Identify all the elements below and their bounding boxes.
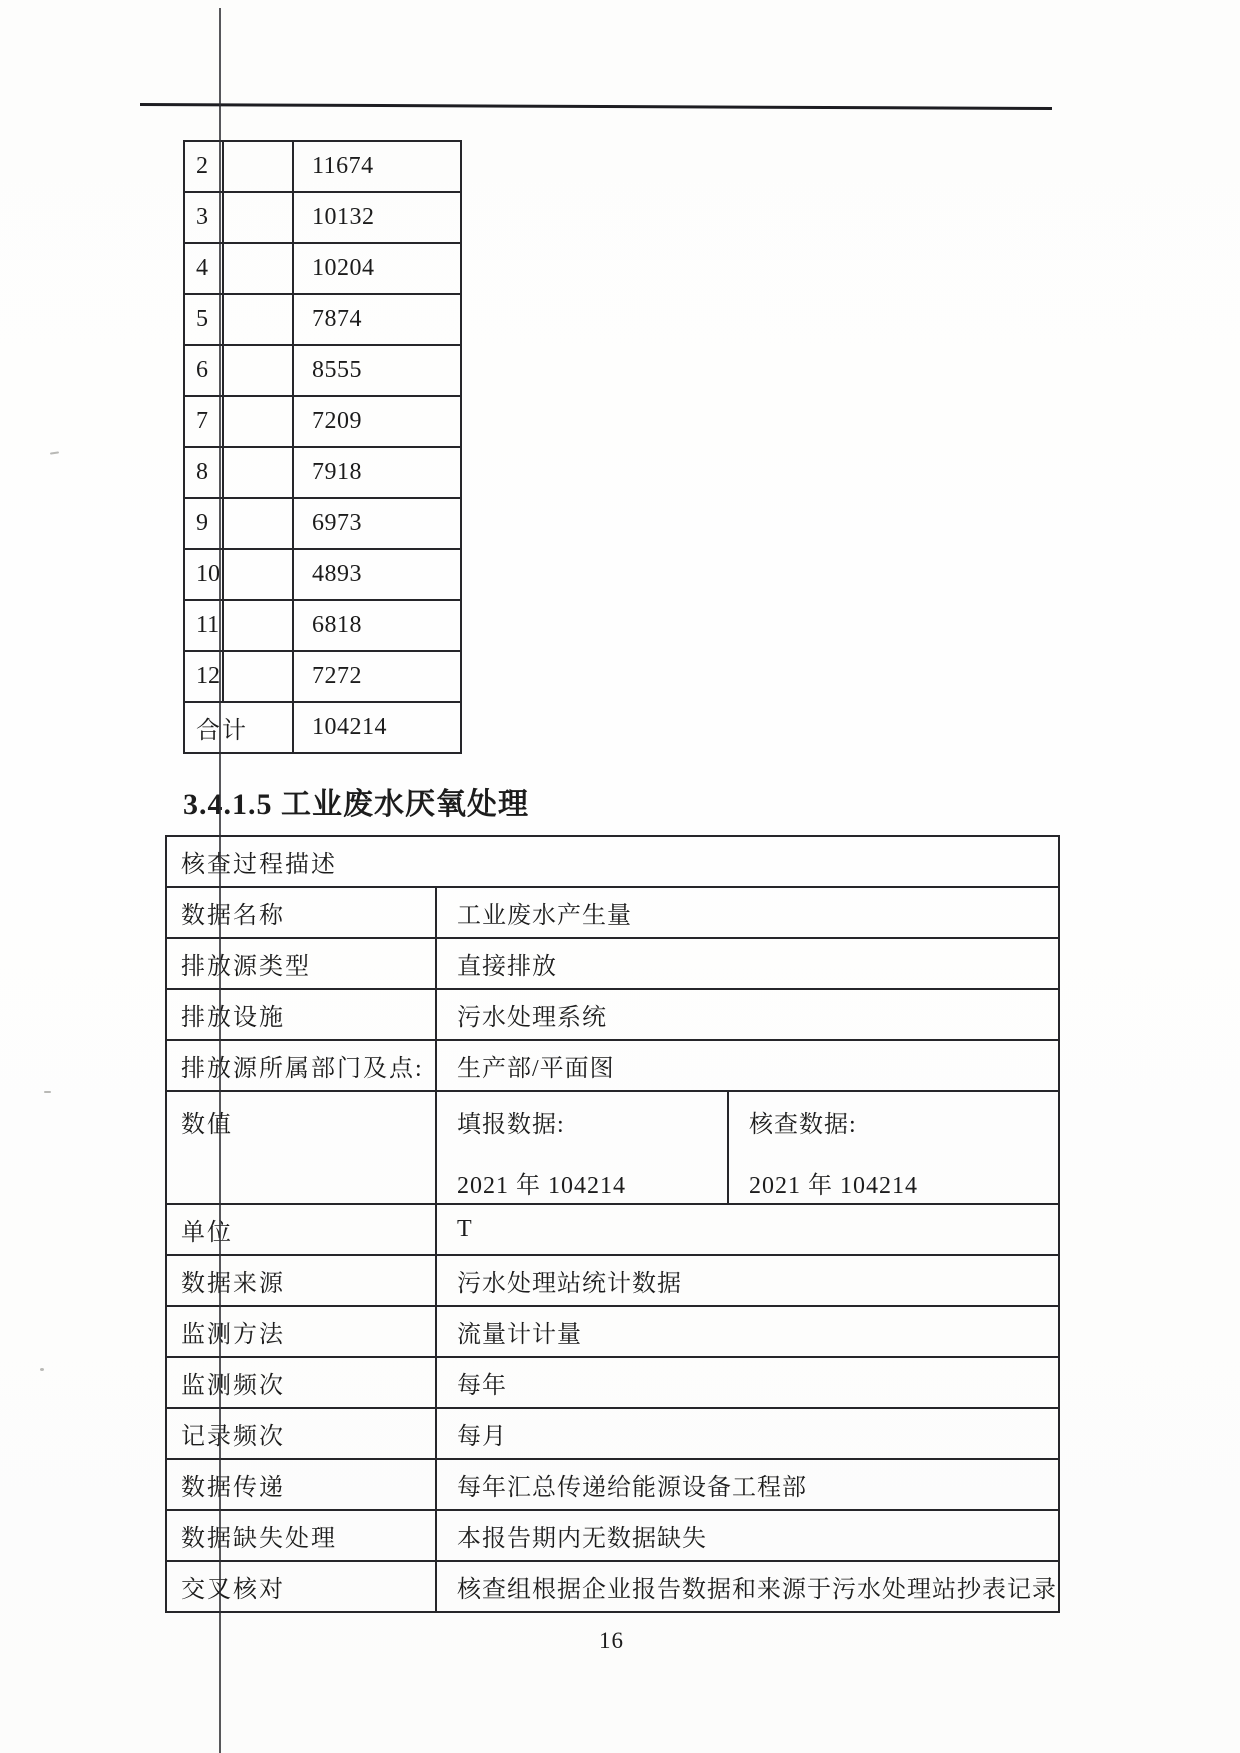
month-cell: 11 [184,600,223,651]
month-cell: 7 [184,396,223,447]
value-cell: 7272 [293,651,461,702]
table-row: 3 10132 [184,192,461,243]
table-row: 数据来源 污水处理站统计数据 [166,1255,1059,1306]
row-value: 本报告期内无数据缺失 [436,1510,1059,1561]
verified-data-value: 2021 年 104214 [749,1165,1057,1200]
verified-data-title: 核查数据: [749,1104,1057,1139]
table-row: 排放源类型 直接排放 [166,938,1059,989]
row-value: 污水处理系统 [436,989,1059,1040]
value-cell: 8555 [293,345,461,396]
table-row: 2 11674 [184,141,461,192]
row-label: 数据传递 [166,1459,436,1510]
row-label: 排放源类型 [166,938,436,989]
table-row: 单位 T [166,1204,1059,1255]
row-label: 数据缺失处理 [166,1510,436,1561]
empty-cell [223,396,293,447]
table-row: 7 7209 [184,396,461,447]
row-label: 数据名称 [166,887,436,938]
value-cell: 4893 [293,549,461,600]
table-row: 6 8555 [184,345,461,396]
value-cell: 7209 [293,396,461,447]
table-row: 5 7874 [184,294,461,345]
value-cell: 7918 [293,447,461,498]
reported-data-cell: 填报数据: 2021 年 104214 [436,1091,728,1204]
row-label: 交叉核对 [166,1561,436,1612]
value-cell: 10132 [293,192,461,243]
table-row: 交叉核对 核查组根据企业报告数据和来源于污水处理站抄表记录 [166,1561,1059,1612]
empty-cell [223,243,293,294]
verification-table: 核查过程描述 数据名称 工业废水产生量 排放源类型 直接排放 排放设施 污水处理… [165,835,1060,1613]
row-label: 排放源所属部门及点: [166,1040,436,1091]
monthly-values-table: 2 11674 3 10132 4 10204 5 7874 6 8555 7 … [183,140,462,754]
row-label: 单位 [166,1204,436,1255]
table-row: 数据传递 每年汇总传递给能源设备工程部 [166,1459,1059,1510]
table-row: 数据名称 工业废水产生量 [166,887,1059,938]
row-value: 生产部/平面图 [436,1040,1059,1091]
table-row: 4 10204 [184,243,461,294]
reported-data-title: 填报数据: [457,1104,726,1139]
empty-cell [223,294,293,345]
scan-speck [40,1368,44,1371]
row-label: 数据来源 [166,1255,436,1306]
table-row: 8 7918 [184,447,461,498]
month-cell: 2 [184,141,223,192]
month-cell: 3 [184,192,223,243]
row-value: 工业废水产生量 [436,887,1059,938]
empty-cell [223,498,293,549]
month-cell: 8 [184,447,223,498]
empty-cell [223,192,293,243]
row-value: 每月 [436,1408,1059,1459]
page-fold-line [219,8,221,1753]
empty-cell [223,651,293,702]
row-label: 监测方法 [166,1306,436,1357]
table-row: 排放设施 污水处理系统 [166,989,1059,1040]
total-row: 合计 104214 [184,702,461,753]
verified-data-cell: 核查数据: 2021 年 104214 [728,1091,1059,1204]
month-cell: 10 [184,549,223,600]
table-row: 10 4893 [184,549,461,600]
table-row: 12 7272 [184,651,461,702]
row-label: 记录频次 [166,1408,436,1459]
row-value: 流量计计量 [436,1306,1059,1357]
empty-cell [223,600,293,651]
row-value: 污水处理站统计数据 [436,1255,1059,1306]
row-value: T [436,1204,1059,1255]
section-heading: 3.4.1.5 工业废水厌氧处理 [183,779,529,823]
table-row: 数据缺失处理 本报告期内无数据缺失 [166,1510,1059,1561]
table-row: 11 6818 [184,600,461,651]
month-cell: 9 [184,498,223,549]
numeric-value-row: 数值 填报数据: 2021 年 104214 核查数据: 2021 年 1042… [166,1091,1059,1204]
row-value: 直接排放 [436,938,1059,989]
month-cell: 12 [184,651,223,702]
empty-cell [223,141,293,192]
value-cell: 10204 [293,243,461,294]
value-cell: 7874 [293,294,461,345]
table-row: 排放源所属部门及点: 生产部/平面图 [166,1040,1059,1091]
empty-cell [223,345,293,396]
table-row: 9 6973 [184,498,461,549]
table-row: 记录频次 每月 [166,1408,1059,1459]
empty-cell [223,549,293,600]
table-row: 监测频次 每年 [166,1357,1059,1408]
row-label: 数值 [166,1091,436,1204]
row-label: 排放设施 [166,989,436,1040]
value-cell: 6818 [293,600,461,651]
reported-data-value: 2021 年 104214 [457,1165,726,1200]
total-value-cell: 104214 [293,702,461,753]
month-cell: 6 [184,345,223,396]
total-label-cell: 合计 [184,702,293,753]
value-cell: 6973 [293,498,461,549]
month-cell: 5 [184,294,223,345]
table-title-cell: 核查过程描述 [166,836,1059,887]
table-title-row: 核查过程描述 [166,836,1059,887]
value-cell: 11674 [293,141,461,192]
row-value: 每年 [436,1357,1059,1408]
month-cell: 4 [184,243,223,294]
row-label: 监测频次 [166,1357,436,1408]
empty-cell [223,447,293,498]
row-value: 每年汇总传递给能源设备工程部 [436,1459,1059,1510]
page-number: 16 [165,1628,1058,1654]
scan-speck [44,1091,51,1093]
table-row: 监测方法 流量计计量 [166,1306,1059,1357]
row-value: 核查组根据企业报告数据和来源于污水处理站抄表记录 [436,1561,1059,1612]
